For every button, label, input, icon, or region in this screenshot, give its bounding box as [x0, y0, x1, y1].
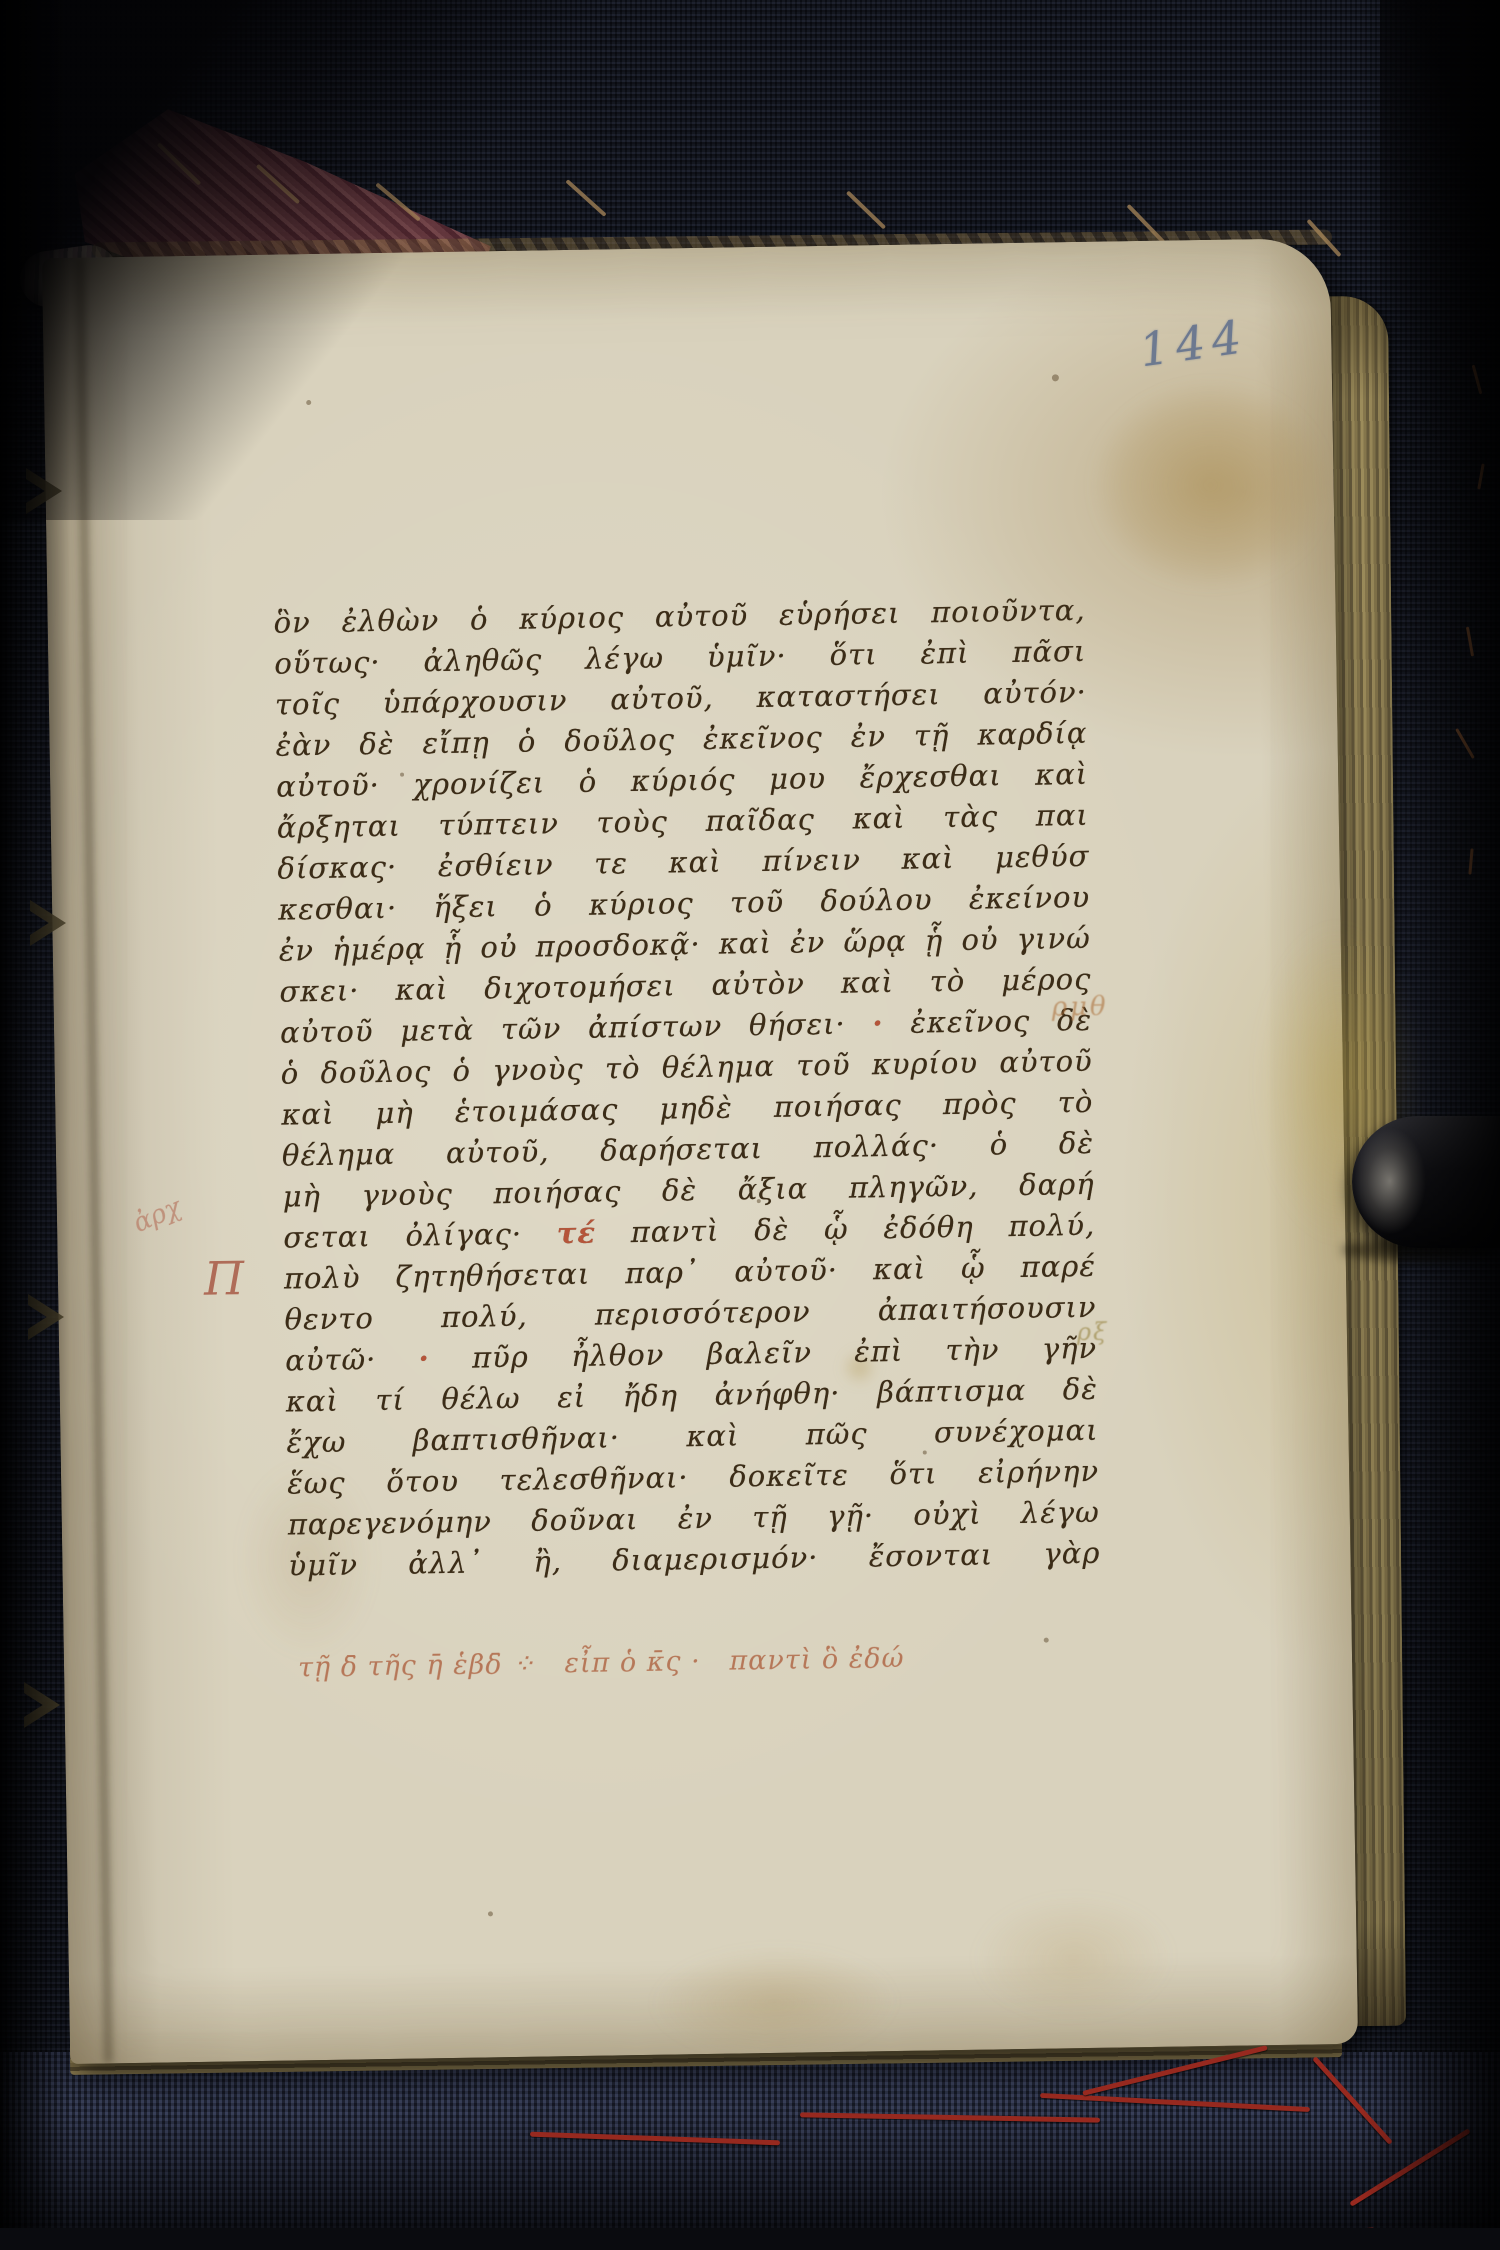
line-text: ὑμῖν ἀλλ᾽ ἢ, διαμερισμόν· ἔσονται γὰρ: [288, 1536, 1100, 1583]
line-text: αὐτῶ·: [285, 1341, 419, 1377]
kephalaion-number-right-lower: ρξ: [1077, 1318, 1109, 1346]
shadow-overlay: [1360, 0, 1500, 2250]
line-text: παντὶ δὲ ᾧ ἐδόθη πολύ,: [596, 1208, 1096, 1250]
lection-arche-mark: ἀρχ: [129, 1192, 185, 1239]
speck: [1052, 374, 1059, 381]
manuscript-photo: ὃν ἐλθὼν ὁ κύριος αὐτοῦ εὑρήσει ποιοῦντα…: [0, 0, 1500, 2250]
stain: [937, 1870, 1210, 2044]
line-text: πῦρ ἦλθον βαλεῖν ἐπὶ τὴν γῆν: [429, 1331, 1097, 1375]
lection-mark-red: ·: [872, 1006, 884, 1040]
stain: [1053, 347, 1367, 622]
initial-pi: Π: [204, 1251, 245, 1306]
speck: [488, 1911, 493, 1916]
shadow-overlay: [0, 2228, 1500, 2250]
lection-mark-red: τέ: [557, 1216, 597, 1251]
kephalaion-number-right-upper: ρμθ: [1052, 992, 1109, 1023]
book-cover-bottom-band: [0, 2052, 1500, 2250]
lection-mark-red: ·: [418, 1341, 430, 1375]
line-text: αὐτοῦ μετὰ τῶν ἀπίστων θήσει·: [280, 1006, 873, 1049]
shadow-overlay: [0, 0, 70, 2250]
line-text: σεται ὀλίγας·: [283, 1216, 557, 1254]
rubric: τῇ δ̄ τῆς η̄ ἑβδ̄ ⁘ εἶπ ὁ κ̄ς · παντὶ ὃ …: [298, 1640, 1060, 1683]
text-block: ὃν ἐλθὼν ὁ κύριος αὐτοῦ εὑρήσει ποιοῦντα…: [273, 590, 1100, 1587]
gutter-crease: [76, 258, 112, 2064]
shadow-overlay: [0, 0, 640, 520]
